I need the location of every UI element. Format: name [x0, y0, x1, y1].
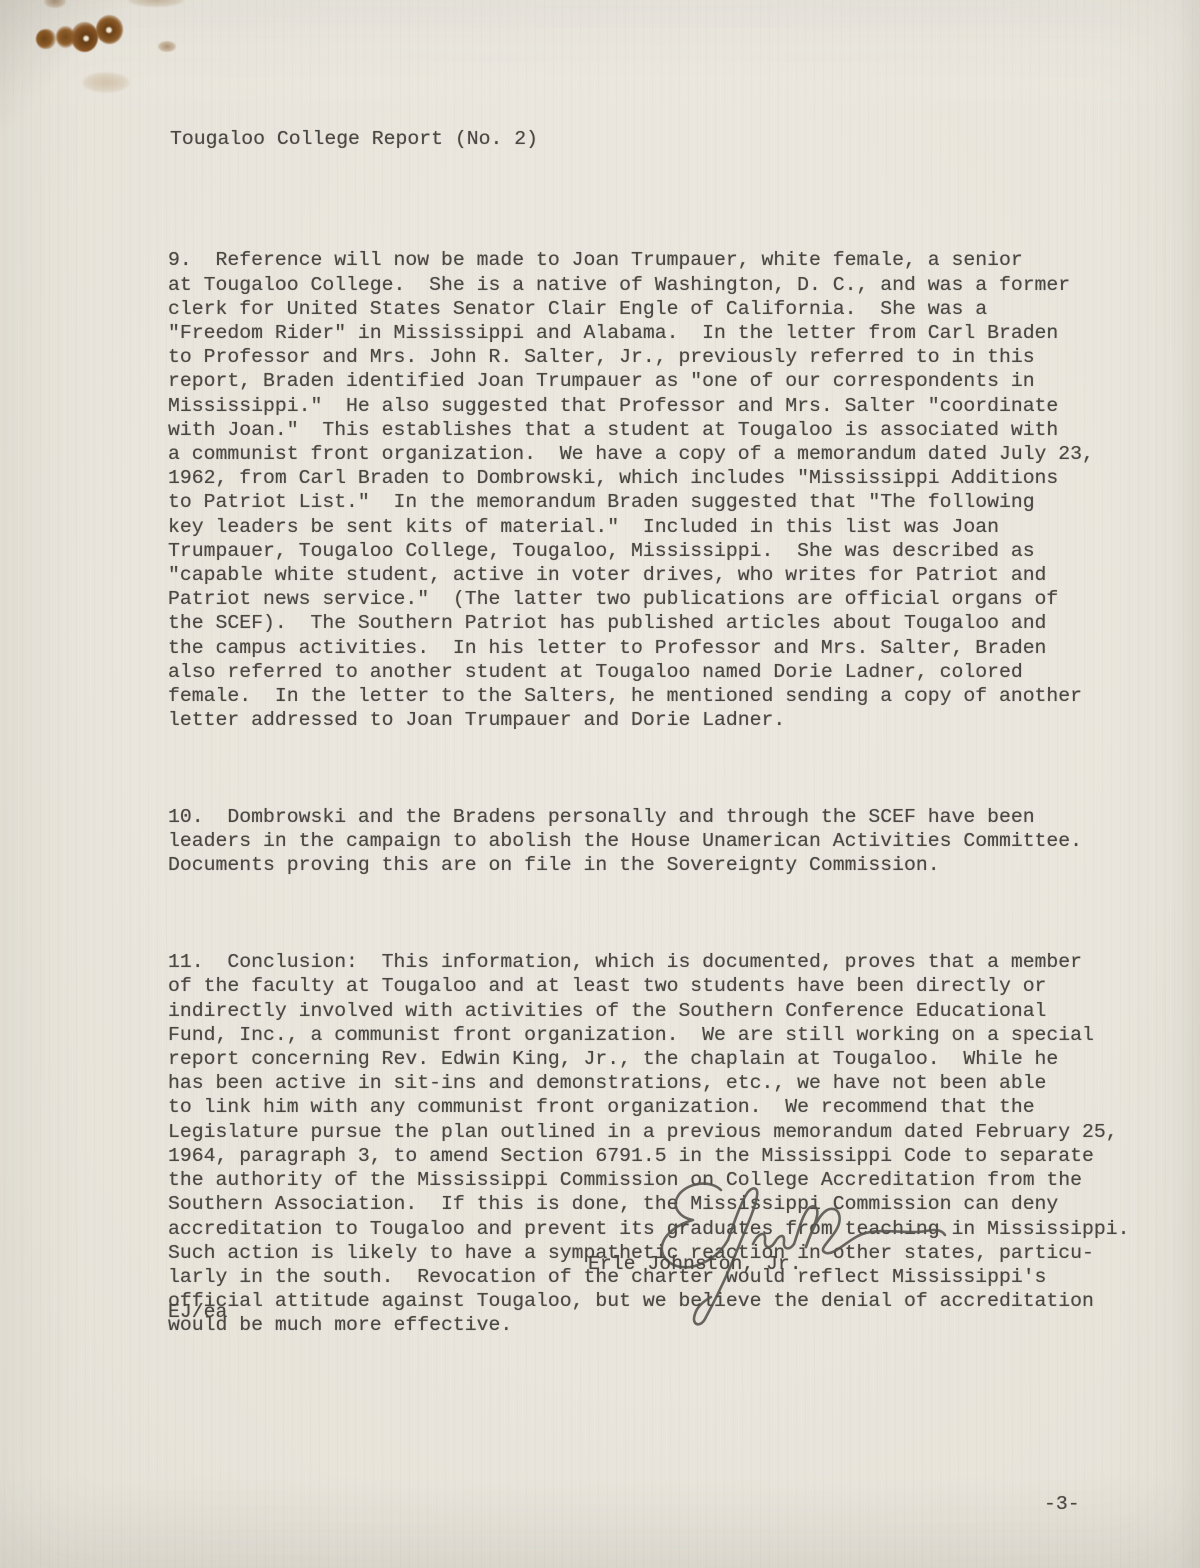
signature-typed-name: Erle Johnston, Jr. — [588, 1252, 802, 1276]
document-title: Tougaloo College Report (No. 2) — [170, 127, 538, 151]
rust-stain — [96, 15, 123, 44]
rust-stain — [128, 0, 184, 7]
rust-stain — [71, 22, 98, 52]
rust-stain — [36, 29, 56, 49]
typist-initials: EJ/ea — [168, 1300, 227, 1324]
rust-stain — [82, 72, 130, 93]
paragraph-10: 10. Dombrowski and the Bradens personall… — [168, 805, 1130, 878]
page-number: -3- — [1044, 1492, 1080, 1516]
rust-stain — [158, 41, 176, 52]
document-page: Tougaloo College Report (No. 2) 9. Refer… — [0, 0, 1200, 1568]
paragraph-9: 9. Reference will now be made to Joan Tr… — [168, 248, 1130, 732]
rust-stain — [44, 0, 66, 8]
